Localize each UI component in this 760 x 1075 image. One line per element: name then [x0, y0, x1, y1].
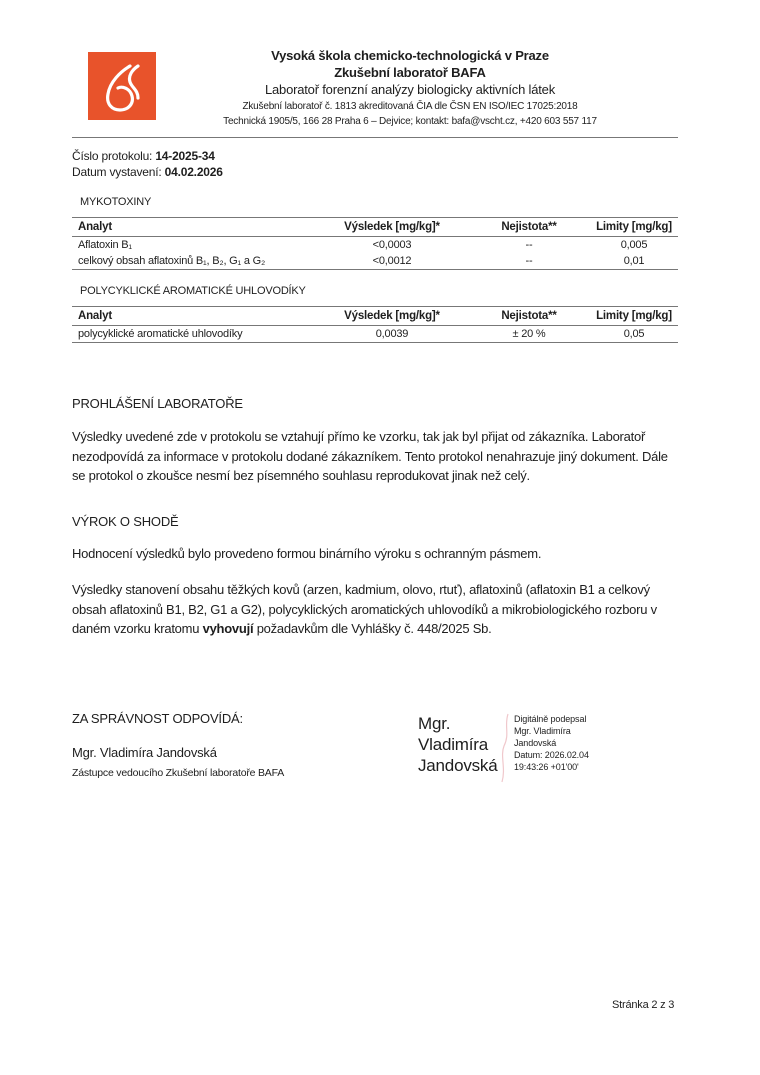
conformity-text-2-end: požadavkům dle Vyhlášky č. 448/2025 Sb.	[253, 621, 491, 636]
page-number: Stránka 2 z 3	[612, 999, 674, 1011]
table-row: polycyklické aromatické uhlovodíky 0,003…	[72, 326, 678, 343]
vscht-logo-icon	[88, 52, 156, 120]
signature-name-line: Jandovská	[418, 755, 508, 776]
column-header-uncertainty: Nejistota**	[468, 218, 590, 237]
column-header-uncertainty: Nejistota**	[468, 307, 590, 326]
cell-uncertainty: ± 20 %	[468, 326, 590, 343]
column-header-analyt: Analyt	[72, 307, 316, 326]
table-header-row: Analyt Výsledek [mg/kg]* Nejistota** Lim…	[72, 307, 678, 326]
conformity-verdict: vyhovují	[203, 621, 254, 636]
cell-analyt: Aflatoxin B₁	[72, 237, 316, 254]
contact-line: Technická 1905/5, 166 28 Praha 6 – Dejvi…	[160, 116, 660, 127]
responsible-role: Zástupce vedoucího Zkušební laboratoře B…	[72, 767, 284, 779]
cell-result: 0,0039	[316, 326, 468, 343]
issue-date-label: Datum vystavení:	[72, 165, 162, 179]
pah-caption: POLYCYKLICKÉ AROMATICKÉ UHLOVODÍKY	[80, 285, 306, 297]
signature-info: Digitálně podepsal Mgr. Vladimíra Jandov…	[514, 713, 589, 773]
header-divider	[72, 137, 678, 138]
signature-info-line: Digitálně podepsal	[514, 713, 589, 725]
conformity-text-1: Hodnocení výsledků bylo provedeno formou…	[72, 544, 682, 564]
table-header-row: Analyt Výsledek [mg/kg]* Nejistota** Lim…	[72, 218, 678, 237]
column-header-limit: Limity [mg/kg]	[590, 307, 678, 326]
signature-info-line: 19:43:26 +01'00'	[514, 761, 589, 773]
cell-uncertainty: --	[468, 237, 590, 254]
responsible-title: ZA SPRÁVNOST ODPOVÍDÁ:	[72, 711, 243, 726]
column-header-limit: Limity [mg/kg]	[590, 218, 678, 237]
conformity-text-2: Výsledky stanovení obsahu těžkých kovů (…	[72, 580, 682, 639]
cell-result: <0,0012	[316, 253, 468, 270]
institution-name: Vysoká škola chemicko-technologická v Pr…	[160, 48, 660, 63]
signature-name: Mgr. Vladimíra Jandovská	[418, 713, 508, 776]
cell-limit: 0,005	[590, 237, 678, 254]
signature-mark-icon	[496, 712, 514, 784]
pah-table: Analyt Výsledek [mg/kg]* Nejistota** Lim…	[72, 306, 678, 343]
cell-limit: 0,05	[590, 326, 678, 343]
declaration-text: Výsledky uvedené zde v protokolu se vzta…	[72, 427, 682, 486]
mycotoxins-caption: MYKOTOXINY	[80, 196, 151, 208]
mycotoxins-table: Analyt Výsledek [mg/kg]* Nejistota** Lim…	[72, 217, 678, 270]
accreditation-line: Zkušební laboratoř č. 1813 akreditovaná …	[160, 101, 660, 112]
signature-name-line: Mgr.	[418, 713, 508, 734]
declaration-heading: PROHLÁŠENÍ LABORATOŘE	[72, 396, 243, 411]
cell-analyt: celkový obsah aflatoxinů B₁, B₂, G₁ a G₂	[72, 253, 316, 270]
cell-uncertainty: --	[468, 253, 590, 270]
cell-analyt: polycyklické aromatické uhlovodíky	[72, 326, 316, 343]
signature-name-line: Vladimíra	[418, 734, 508, 755]
signature-info-line: Jandovská	[514, 737, 589, 749]
column-header-result: Výsledek [mg/kg]*	[316, 307, 468, 326]
responsible-name: Mgr. Vladimíra Jandovská	[72, 745, 217, 760]
lab-name: Zkušební laboratoř BAFA	[160, 65, 660, 80]
issue-date-value: 04.02.2026	[165, 165, 223, 179]
conformity-heading: VÝROK O SHODĚ	[72, 514, 178, 529]
signature-info-line: Datum: 2026.02.04	[514, 749, 589, 761]
lab-subtitle: Laboratoř forenzní analýzy biologicky ak…	[160, 82, 660, 97]
cell-limit: 0,01	[590, 253, 678, 270]
column-header-analyt: Analyt	[72, 218, 316, 237]
protocol-number-value: 14-2025-34	[155, 149, 214, 163]
issue-date: Datum vystavení: 04.02.2026	[72, 165, 223, 179]
table-row: Aflatoxin B₁ <0,0003 -- 0,005	[72, 237, 678, 254]
protocol-number: Číslo protokolu: 14-2025-34	[72, 149, 215, 163]
table-row: celkový obsah aflatoxinů B₁, B₂, G₁ a G₂…	[72, 253, 678, 270]
drop-logo-icon	[88, 52, 156, 120]
signature-info-line: Mgr. Vladimíra	[514, 725, 589, 737]
protocol-number-label: Číslo protokolu:	[72, 149, 152, 163]
cell-result: <0,0003	[316, 237, 468, 254]
column-header-result: Výsledek [mg/kg]*	[316, 218, 468, 237]
